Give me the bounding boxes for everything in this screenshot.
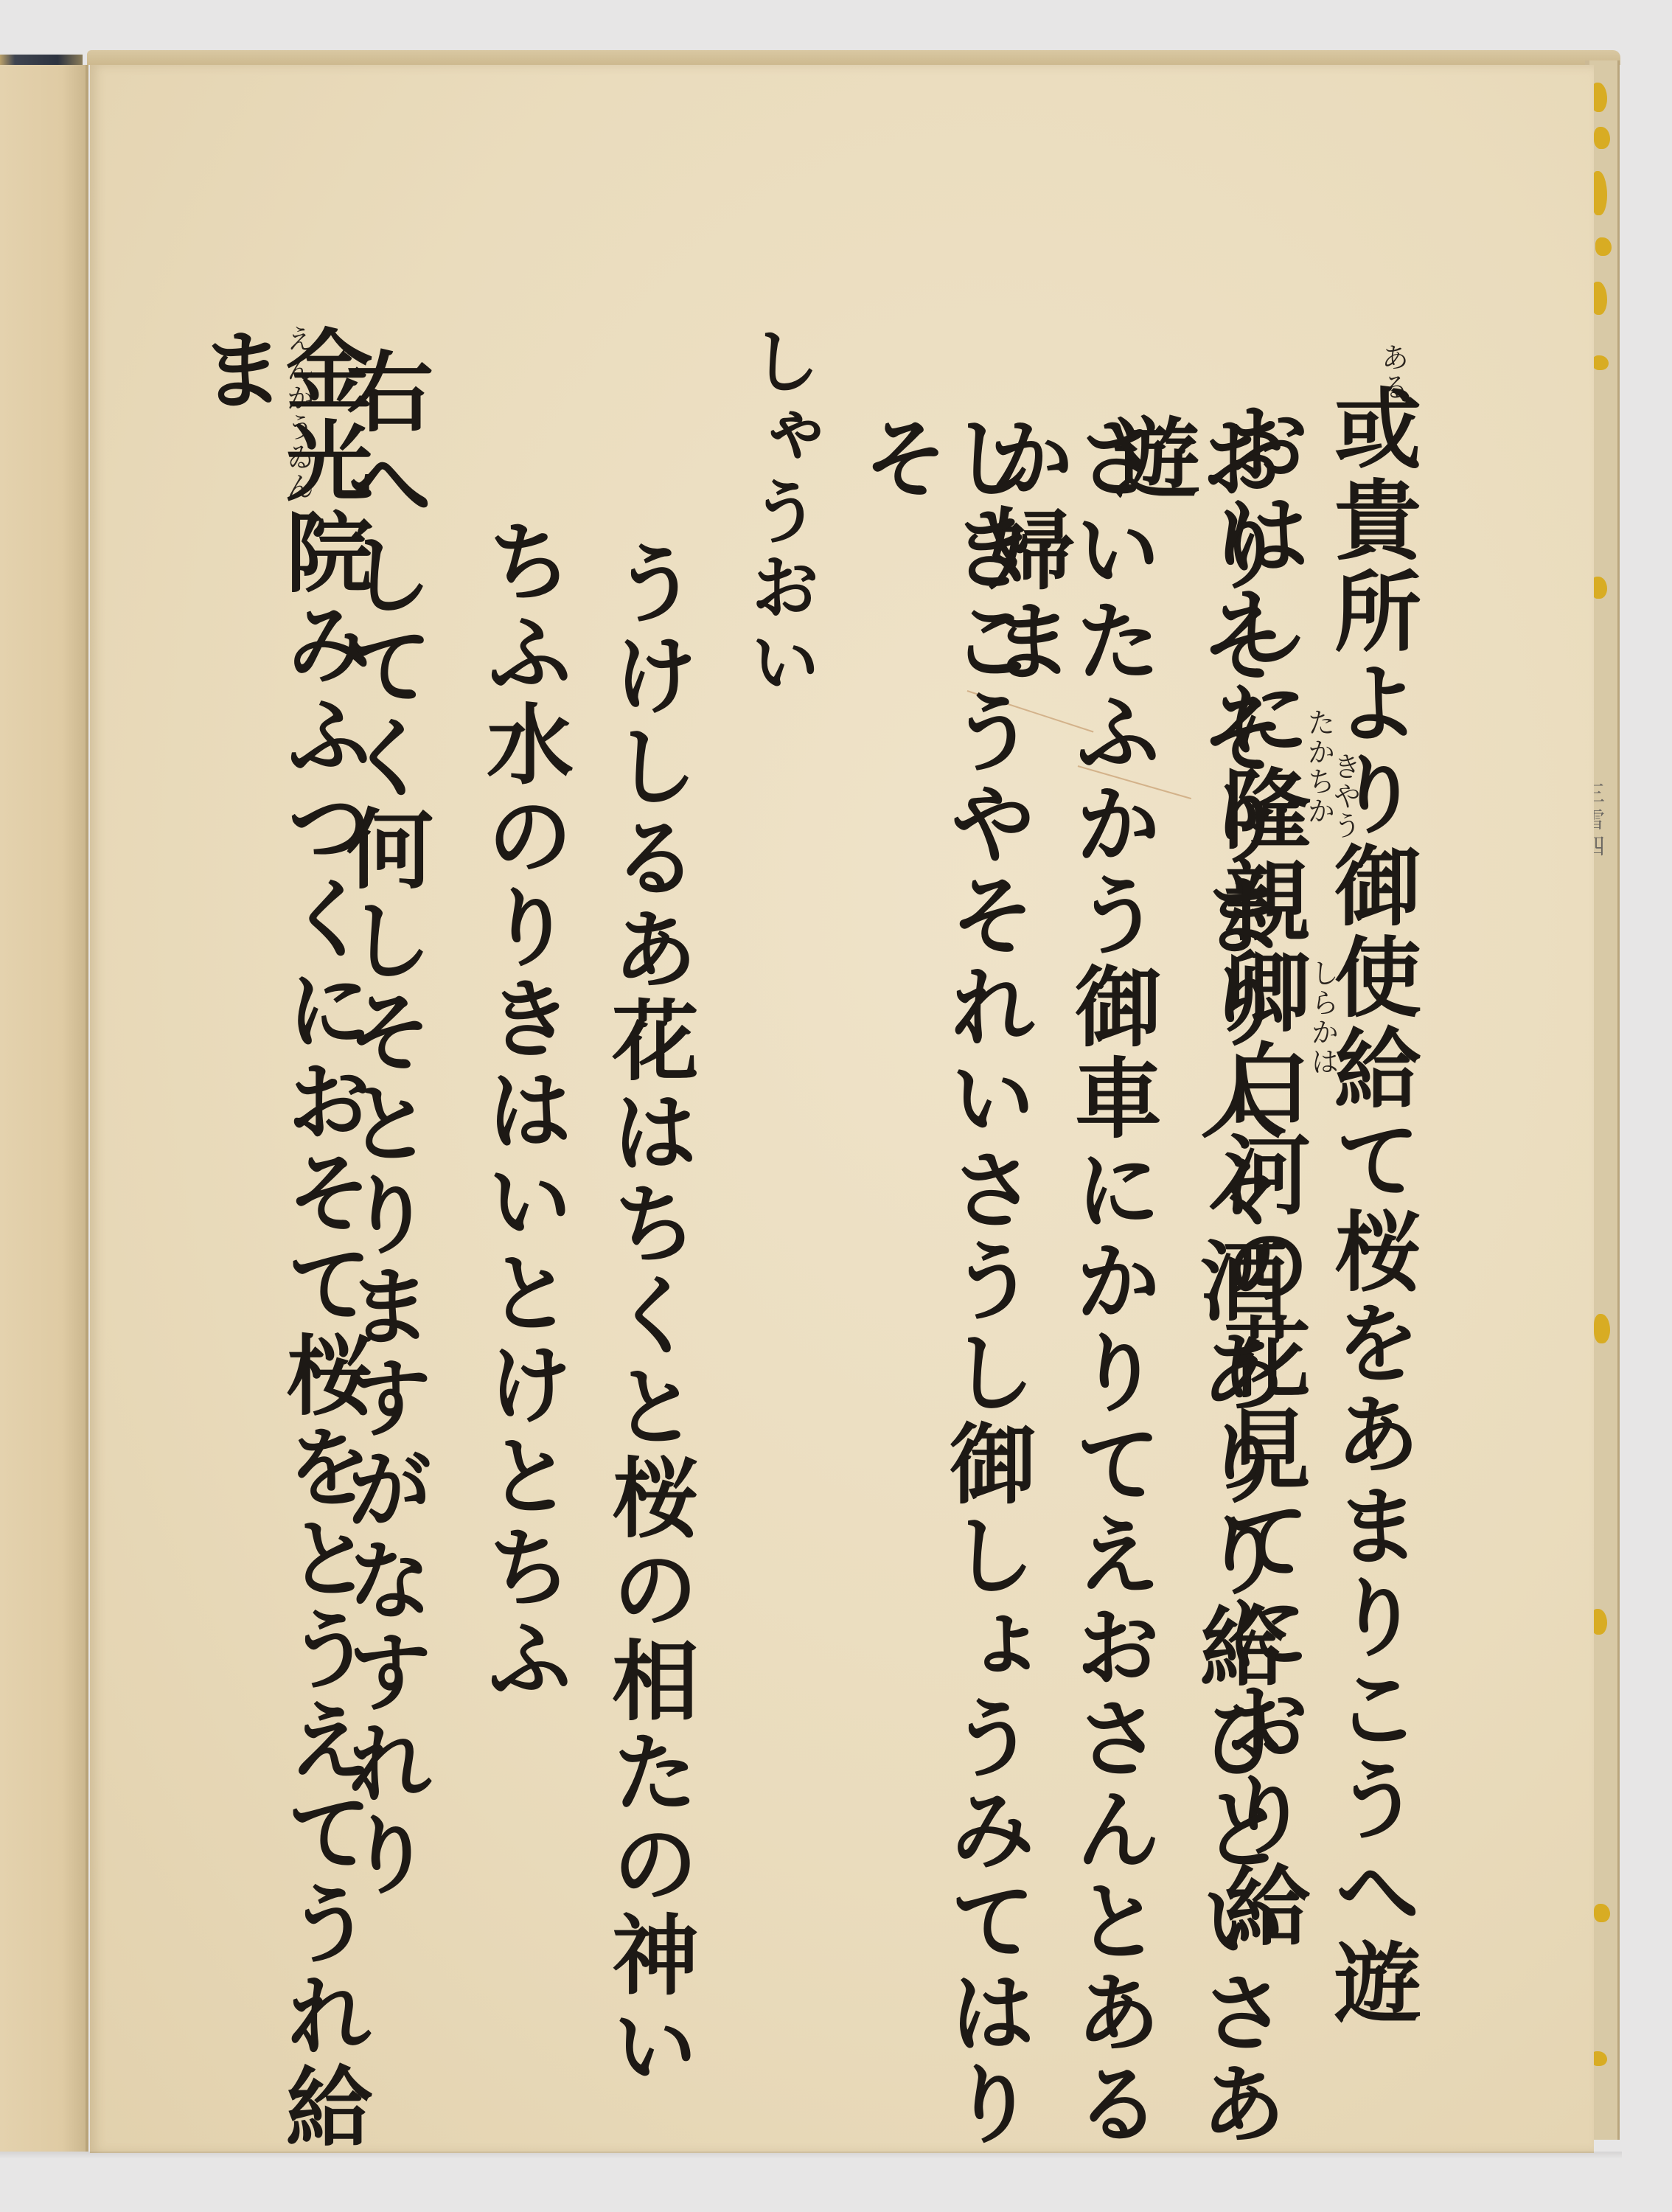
verso-page-edge [0,65,88,2152]
text-column-8: ちふ水のりきはいとけとちふ [479,516,566,1705]
gold-fleck [1595,237,1612,256]
text-column-5: しきこうやそれいさうし御しょうみてはりそ [855,413,1029,2212]
text-column-7: うけしるあ花はちくと桜の相たの神い [605,538,692,2093]
text-column-10: 金光院みふつくにおそて桜をとうえてうれ給ま [192,324,366,2212]
gold-fleck [1594,127,1610,149]
ruby-gloss: しらかは [1309,959,1337,1077]
gold-fleck [1594,1904,1610,1922]
page-bottom-shadow [0,2152,1622,2159]
gold-fleck [1594,1314,1610,1343]
gold-fleck [1592,355,1609,370]
gutter-fold [86,65,88,2152]
ruby-gloss: きやう [1331,752,1359,841]
text-column-6: しゃうおい [745,324,815,700]
page-stack-top-edge [87,50,1620,65]
text-column-1: 或貴所より御使給て桜をあまりこうへ遊 [1327,383,1414,2029]
